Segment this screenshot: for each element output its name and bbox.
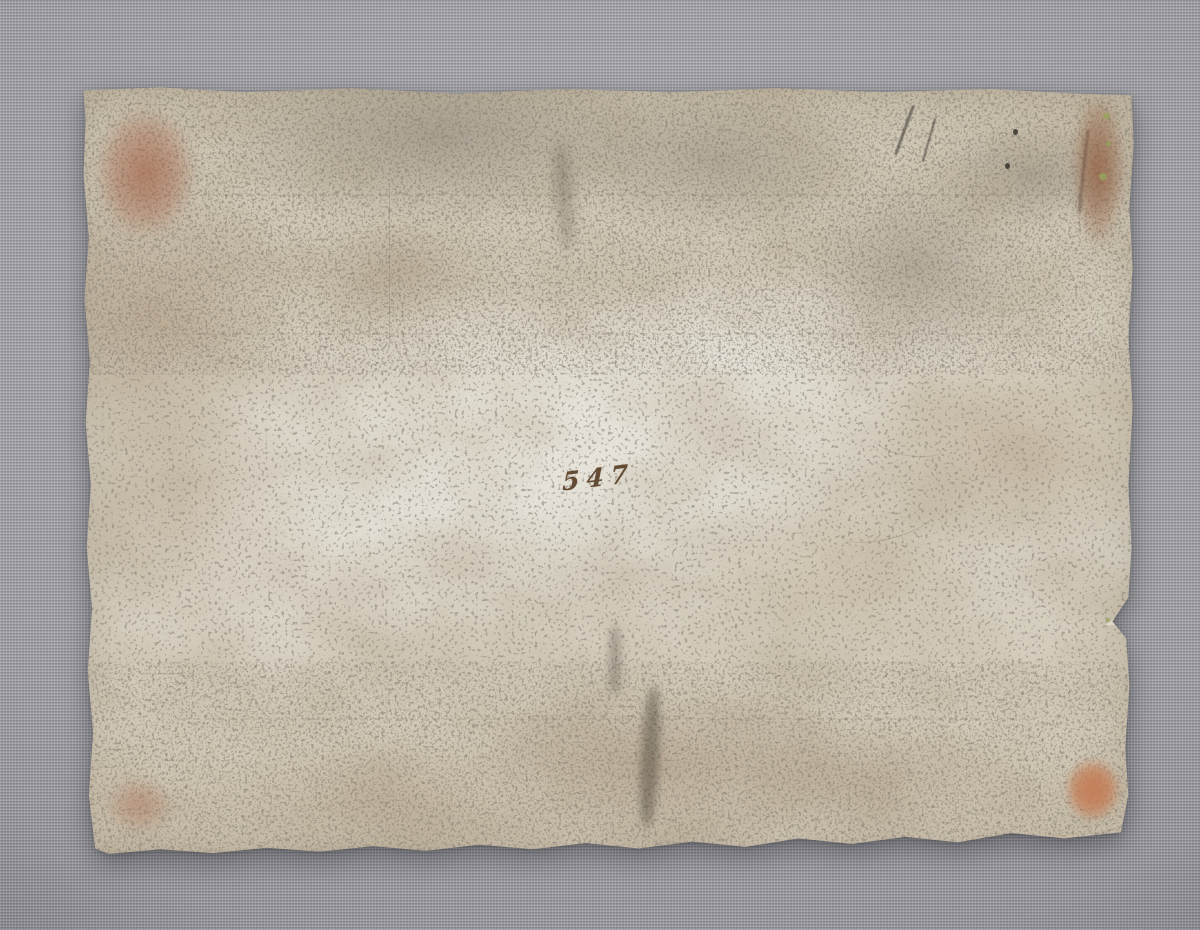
verdigris-speck — [1103, 113, 1110, 119]
wax-seal-top-right — [1069, 101, 1129, 272]
show-through-line — [181, 718, 1032, 720]
wax-seal-bottom-right — [1060, 755, 1128, 833]
photo-scene: 547 — [0, 0, 1200, 930]
show-through-line — [160, 333, 1054, 335]
paper-sheet: 547 — [75, 82, 1139, 857]
verdigris-speck — [1106, 141, 1111, 146]
worm-hole — [1005, 163, 1010, 169]
wax-seal-top-left — [88, 99, 216, 262]
paper-verso-surface: 547 — [75, 82, 1139, 857]
wax-seal-bottom-left — [96, 768, 181, 842]
show-through-line-vertical — [389, 183, 390, 346]
show-through-line — [139, 194, 1075, 196]
verdigris-speck — [1106, 618, 1110, 622]
ink-smudge-streak — [609, 625, 621, 695]
